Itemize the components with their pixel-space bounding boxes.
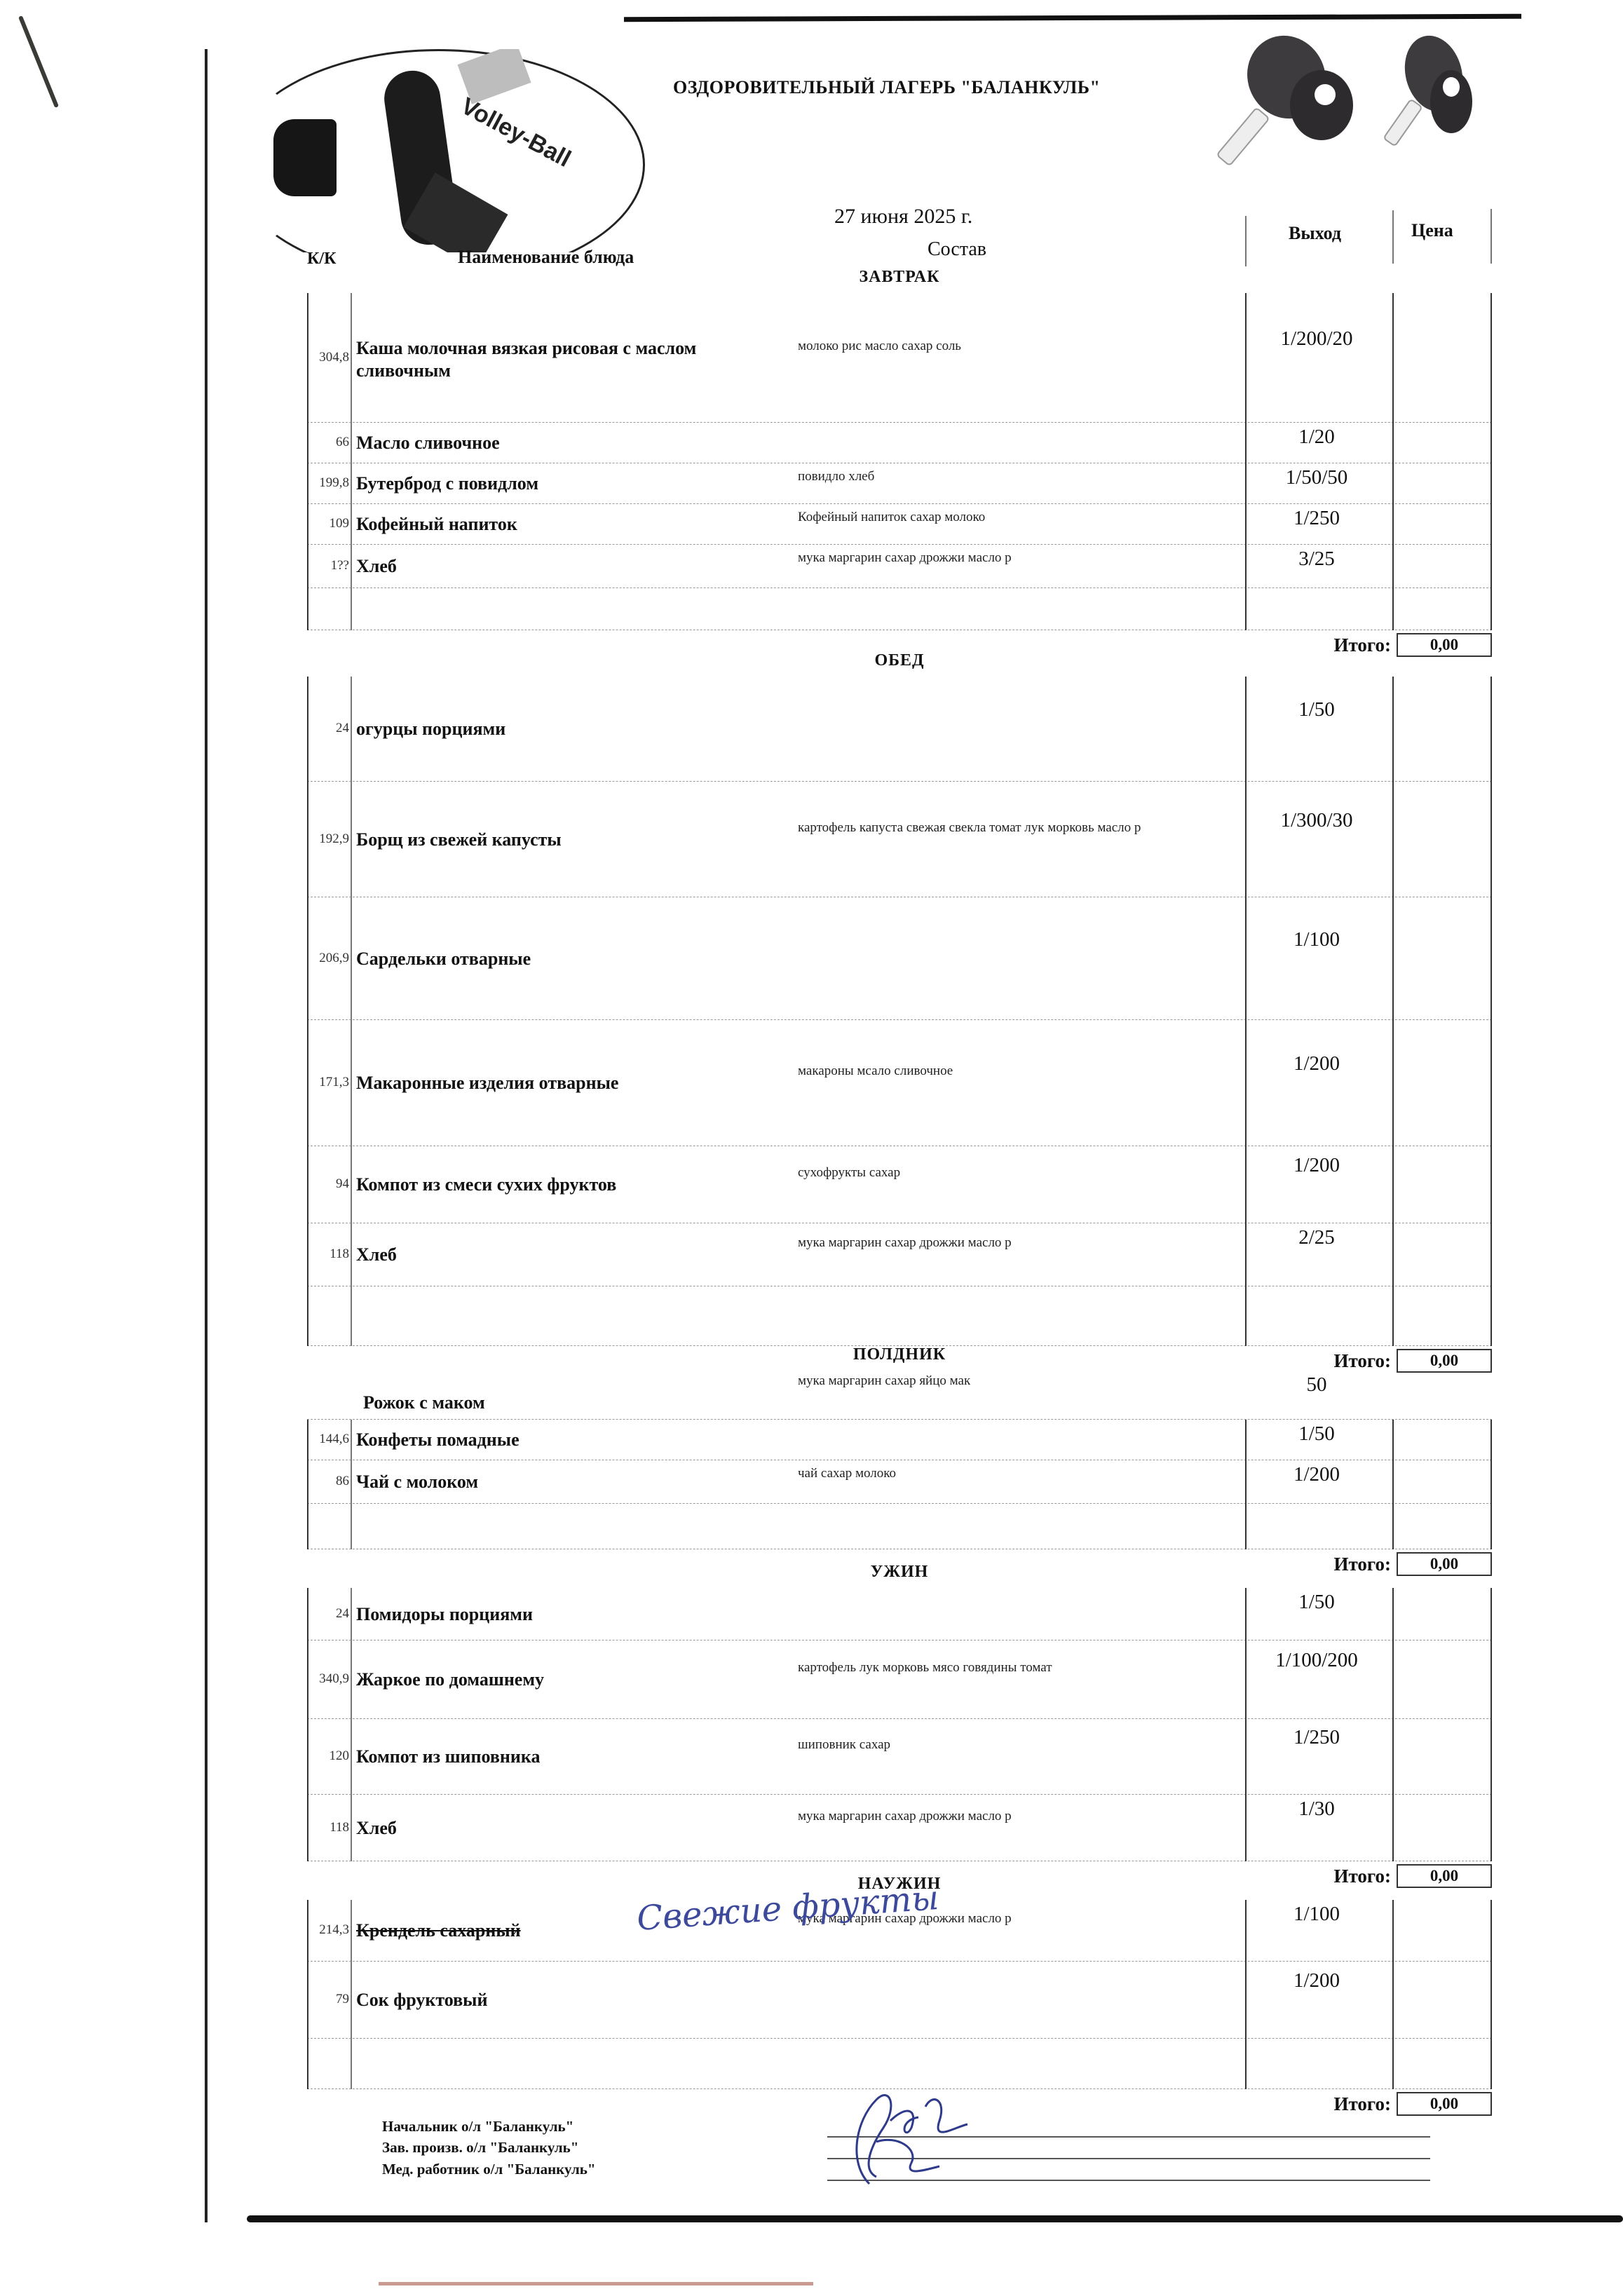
dish-yield: 1/50 — [1247, 698, 1387, 721]
dish-code: 120 — [307, 1748, 349, 1764]
section-title: ПОЛДНИК — [307, 1345, 1492, 1364]
dish-composition: Кофейный напиток сахар молоко — [798, 507, 1204, 527]
section-title: УЖИН — [307, 1563, 1492, 1582]
scan-smudge — [379, 2282, 813, 2285]
table-gridline — [307, 677, 308, 1346]
table-row: 144,6Конфеты помадные1/50 — [307, 1420, 1492, 1460]
dish-code: 109 — [307, 516, 349, 531]
dish-name: Жаркое по домашнему — [356, 1669, 749, 1692]
dish-composition: картофель капуста свежая свекла томат лу… — [798, 817, 1204, 838]
signature-block: Начальник о/л "Баланкуль" Зав. произв. о… — [382, 2116, 596, 2180]
dish-yield: 1/100 — [1247, 1903, 1387, 1926]
dish-name: Каша молочная вязкая рисовая с маслом сл… — [356, 337, 749, 383]
dish-name: Хлеб — [356, 1244, 749, 1267]
table-gridline — [1490, 293, 1492, 630]
dish-composition: картофель лук морковь мясо говядины тома… — [798, 1657, 1204, 1678]
dish-yield: 1/200/20 — [1247, 327, 1387, 351]
dish-composition: макароны мсало сливочное — [798, 1061, 1204, 1081]
dish-yield: 50 — [1247, 1373, 1387, 1397]
dish-code: 171,3 — [307, 1075, 349, 1090]
dish-name: Компот из смеси сухих фруктов — [356, 1174, 749, 1197]
dish-name: Хлеб — [356, 555, 749, 578]
dish-code: 94 — [307, 1176, 349, 1192]
col-name: Наименование блюда — [458, 247, 634, 268]
dish-composition: чай сахар молоко — [798, 1463, 1204, 1483]
dish-yield: 1/100/200 — [1247, 1649, 1387, 1672]
table-gridline — [1245, 1588, 1247, 1861]
dish-yield: 1/30 — [1247, 1798, 1387, 1821]
dish-name: Рожок с маком — [363, 1392, 756, 1415]
dish-name: Конфеты помадные — [356, 1429, 749, 1452]
dish-name: Бутерброд с повидлом — [356, 473, 749, 496]
table-row: 206,9Сардельки отварные1/100 — [307, 897, 1492, 1020]
table-gridline — [307, 1900, 308, 2089]
dish-code: 24 — [307, 1606, 349, 1622]
dish-yield: 1/200 — [1247, 1969, 1387, 1992]
table-row: 192,9Борщ из свежей капустыкартофель кап… — [307, 782, 1492, 897]
handwritten-signature — [827, 2079, 1010, 2191]
dish-yield: 1/250 — [1247, 507, 1387, 530]
table-gridline — [1392, 677, 1394, 1346]
table-gridline — [351, 1588, 352, 1861]
table-gridline — [1392, 1420, 1394, 1549]
table-row: 199,8Бутерброд с повидломповидло хлеб1/5… — [307, 463, 1492, 504]
table-gridline — [1392, 1588, 1394, 1861]
dish-code: 144,6 — [307, 1432, 349, 1447]
dish-composition: молоко рис масло сахар соль — [798, 336, 1204, 356]
dish-composition: шиповник сахар — [798, 1734, 1204, 1755]
dish-code: 118 — [307, 1247, 349, 1262]
total-label: Итого: — [1334, 2093, 1392, 2115]
dish-name: Сок фруктовый — [356, 1989, 749, 2012]
dish-composition: мука маргарин сахар дрожжи масло р — [798, 1806, 1204, 1826]
table-gridline — [1245, 677, 1247, 1346]
table-gridline — [1245, 1900, 1247, 2089]
dish-code: 192,9 — [307, 831, 349, 847]
dish-yield: 3/25 — [1247, 548, 1387, 571]
dish-code: 66 — [307, 435, 349, 450]
table-row: 118Хлебмука маргарин сахар дрожжи масло … — [307, 1795, 1492, 1861]
dish-yield: 1/250 — [1247, 1726, 1387, 1749]
signature-role: Зав. произв. о/л "Баланкуль" — [382, 2137, 596, 2158]
table-row: Рожок с макоммука маргарин сахар яйцо ма… — [307, 1371, 1492, 1420]
dish-yield: 1/200 — [1247, 1463, 1387, 1486]
section-title: ЗАВТРАК — [307, 268, 1492, 287]
empty-row — [307, 588, 1492, 630]
table-row: 86Чай с молокомчай сахар молоко1/200 — [307, 1460, 1492, 1504]
table-row: 171,3Макаронные изделия отварныемакароны… — [307, 1020, 1492, 1146]
table-gridline — [1490, 1420, 1492, 1549]
dish-yield: 1/200 — [1247, 1154, 1387, 1177]
col-code: К/К — [307, 250, 336, 269]
org-title: ОЗДОРОВИТЕЛЬНЫЙ ЛАГЕРЬ "БАЛАНКУЛЬ" — [673, 77, 1100, 98]
empty-row — [307, 1504, 1492, 1549]
table-row: 24огурцы порциями1/50 — [307, 677, 1492, 782]
table-gridline — [1392, 1900, 1394, 2089]
dish-name: Чай с молоком — [356, 1471, 749, 1494]
dish-code: 206,9 — [307, 951, 349, 966]
dish-name: Хлеб — [356, 1817, 749, 1840]
volleyball-logo: Volley-Ball — [231, 49, 645, 252]
table-gridline — [351, 293, 352, 630]
table-row: 304,8Каша молочная вязкая рисовая с масл… — [307, 293, 1492, 423]
table-row: 94Компот из смеси сухих фруктовсухофрукт… — [307, 1146, 1492, 1223]
table-row: 120Компот из шиповникашиповник сахар1/25… — [307, 1719, 1492, 1795]
table-gridline — [1490, 677, 1492, 1346]
page-border-bottom — [247, 2215, 1623, 2222]
table-gridline — [307, 293, 308, 630]
signature-role: Мед. работник о/л "Баланкуль" — [382, 2159, 596, 2180]
table-gridline — [1392, 293, 1394, 630]
dish-composition: мука маргарин сахар яйцо мак — [798, 1371, 1204, 1391]
dish-code: 214,3 — [307, 1922, 349, 1938]
table-row: 79Сок фруктовый1/200 — [307, 1962, 1492, 2039]
table-row: 66Масло сливочное1/20 — [307, 423, 1492, 463]
table-row: 214,3Крендель сахарныймука маргарин саха… — [307, 1900, 1492, 1962]
table-gridline — [351, 677, 352, 1346]
page-border-top — [624, 14, 1521, 22]
dish-name: Борщ из свежей капусты — [356, 829, 749, 852]
dish-yield: 1/100 — [1247, 928, 1387, 951]
ping-pong-paddles-icon — [1220, 28, 1514, 168]
dish-code: 24 — [307, 721, 349, 736]
table-gridline — [1490, 1900, 1492, 2089]
dish-yield: 1/20 — [1247, 426, 1387, 449]
table-row: 1??Хлебмука маргарин сахар дрожжи масло … — [307, 545, 1492, 588]
dish-code: 304,8 — [307, 350, 349, 365]
section-total: Итого:0,00 — [1334, 2091, 1493, 2117]
dish-code: 199,8 — [307, 475, 349, 491]
dish-code: 79 — [307, 1992, 349, 2007]
dish-name: Масло сливочное — [356, 432, 749, 455]
table-gridline — [351, 1420, 352, 1549]
empty-row — [307, 1286, 1492, 1346]
table-gridline — [1490, 1588, 1492, 1861]
table-gridline — [1245, 293, 1247, 630]
dish-name: огурцы порциями — [356, 718, 749, 741]
table-gridline — [307, 1588, 308, 1861]
dish-yield: 1/300/30 — [1247, 809, 1387, 832]
dish-code: 86 — [307, 1474, 349, 1489]
col-yield: Выход — [1289, 223, 1341, 244]
dish-composition: мука маргарин сахар дрожжи масло р — [798, 1232, 1204, 1253]
dish-name: Макаронные изделия отварные — [356, 1072, 749, 1095]
table-row: 24Помидоры порциями1/50 — [307, 1588, 1492, 1641]
dish-yield: 1/50 — [1247, 1591, 1387, 1614]
dish-code: 1?? — [307, 558, 349, 573]
scan-mark — [18, 15, 59, 108]
dish-composition: повидло хлеб — [798, 466, 1204, 487]
dish-composition: мука маргарин сахар дрожжи масло р — [798, 548, 1204, 568]
dish-yield: 1/200 — [1247, 1052, 1387, 1075]
dish-name: Помидоры порциями — [356, 1603, 749, 1626]
col-price: Цена — [1411, 220, 1453, 241]
page-border-left — [205, 49, 208, 2222]
dish-name: Кофейный напиток — [356, 513, 749, 536]
dish-code: 340,9 — [307, 1671, 349, 1687]
col-composition: Состав — [928, 238, 986, 261]
dish-composition: сухофрукты сахар — [798, 1162, 1204, 1183]
dish-yield: 1/50/50 — [1247, 466, 1387, 489]
dish-name: Компот из шиповника — [356, 1746, 749, 1769]
table-row: 340,9Жаркое по домашнемукартофель лук мо… — [307, 1641, 1492, 1719]
dish-yield: 2/25 — [1247, 1226, 1387, 1249]
section-title: ОБЕД — [307, 651, 1492, 670]
dish-code: 118 — [307, 1820, 349, 1835]
table-row: 109Кофейный напитокКофейный напиток саха… — [307, 504, 1492, 545]
table-gridline — [351, 1900, 352, 2089]
table-row: 118Хлебмука маргарин сахар дрожжи масло … — [307, 1223, 1492, 1286]
table-gridline — [1245, 1420, 1247, 1549]
dish-name: Сардельки отварные — [356, 948, 749, 971]
signature-role: Начальник о/л "Баланкуль" — [382, 2116, 596, 2137]
dish-yield: 1/50 — [1247, 1422, 1387, 1446]
table-header: К/К Наименование блюда Состав Выход Цена — [307, 223, 1492, 272]
table-gridline — [307, 1420, 308, 1549]
total-value: 0,00 — [1397, 2092, 1492, 2116]
